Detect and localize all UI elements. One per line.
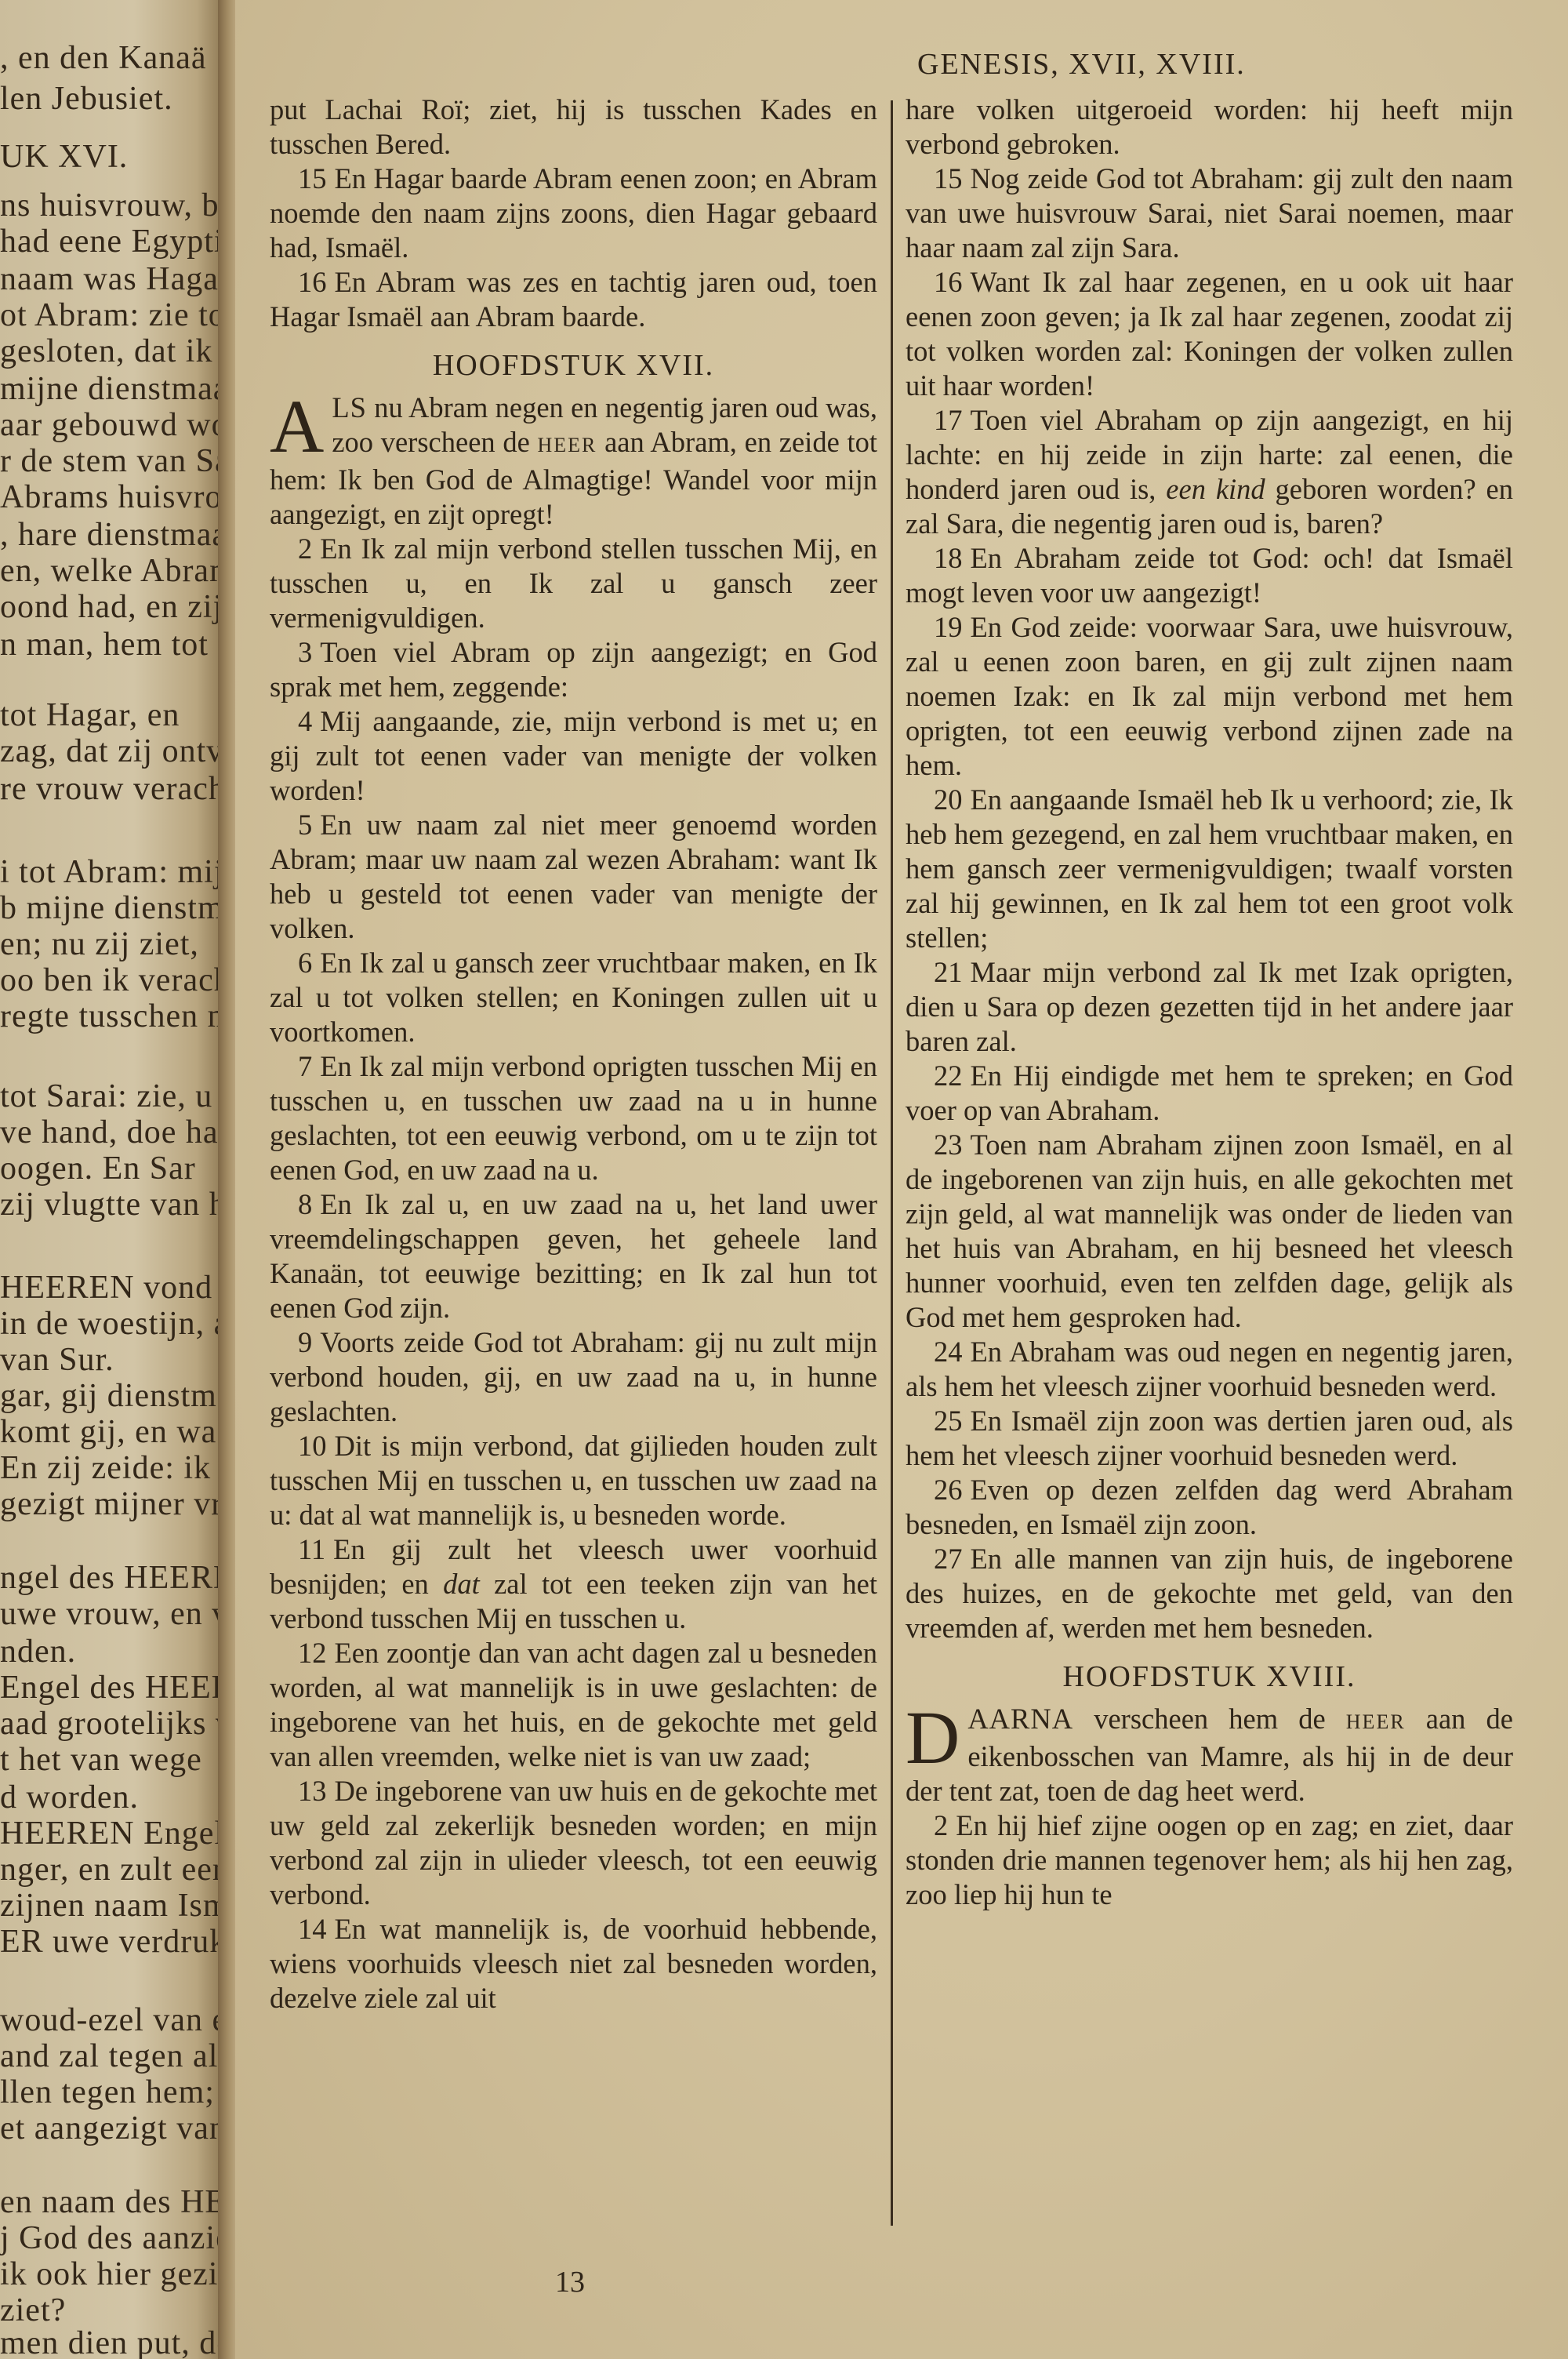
verse-number: 19 [934, 611, 963, 643]
verse-number: 22 [934, 1060, 963, 1092]
verse-number: 14 [298, 1913, 327, 1945]
left-page-line: aad grootelijks ve [0, 1707, 223, 1741]
verse: 8En Ik zal u, en uw zaad na u, het land … [270, 1187, 877, 1325]
left-page-line: r de stem van Sa [0, 444, 223, 478]
verse-text: En Ik zal u, en uw zaad na u, het land u… [270, 1188, 877, 1324]
verse-number: 12 [298, 1637, 327, 1669]
continuation-text: hare volken uitgeroeid worden: hij heeft… [906, 93, 1513, 162]
left-page-line: men dien put, de [0, 2326, 223, 2359]
verse-text: En wat mannelijk is, de voorhuid hebbend… [270, 1913, 877, 2014]
left-page-line: Engel des HEERE [0, 1670, 223, 1705]
left-page-line: ot Abram: zie to [0, 298, 223, 333]
verse: 25En Ismaël zijn zoon was dertien jaren … [906, 1404, 1513, 1473]
verse-number: 18 [934, 542, 963, 574]
verse: 18En Abraham zeide tot God: och! dat Ism… [906, 541, 1513, 610]
verse: 27En alle mannen van zijn huis, de ingeb… [906, 1542, 1513, 1645]
verse-number: 2 [298, 533, 312, 565]
left-page-line: ik ook hier gezi [0, 2257, 218, 2292]
left-page-line: j God des aanzien [0, 2221, 223, 2255]
verse-text: En hij hief zijne oogen op en zag; en zi… [906, 1809, 1513, 1910]
verse: 10Dit is mijn verbond, dat gijlieden hou… [270, 1429, 877, 1532]
verse-text: Even op dezen zelfden dag werd Abraham b… [906, 1474, 1513, 1540]
left-page-line: ziet? [0, 2293, 66, 2328]
verse: 5En uw naam zal niet meer genoemd worden… [270, 808, 877, 946]
chapter-opening: DAARNA verscheen hem de HEER aan de eike… [906, 1702, 1513, 1808]
verse-text: En Ik zal mijn verbond oprigten tusschen… [270, 1050, 877, 1186]
left-page-line: zij vlugtte van ha [0, 1187, 223, 1222]
verse: 24En Abraham was oud negen en negentig j… [906, 1335, 1513, 1404]
verse-number: 15 [298, 162, 327, 194]
left-page-line: i tot Abram: mij [0, 855, 223, 889]
verse-list: 2En hij hief zijne oogen op en zag; en z… [906, 1808, 1513, 1912]
verse-text: Toen viel Abram op zijn aangezigt; en Go… [270, 636, 877, 703]
verse-list: 2En Ik zal mijn verbond stellen tusschen… [270, 532, 877, 2016]
verse-text: Want Ik zal haar zegenen, en u ook uit h… [906, 266, 1513, 402]
verse: 11En gij zult het vleesch uwer voorhuid … [270, 1532, 877, 1636]
verse-number: 10 [298, 1430, 327, 1462]
left-page-line: aar gebouwd word [0, 408, 223, 442]
verse: 7En Ik zal mijn verbond oprigten tussche… [270, 1049, 877, 1187]
book-spread: , en den Kanaälen Jebusiet.UK XVI.ns hui… [0, 0, 1568, 2359]
verse-text: Een zoontje dan van acht dagen zal u bes… [270, 1637, 877, 1772]
left-page-line: re vrouw veracht [0, 772, 223, 806]
verse-text: En alle mannen van zijn huis, de ingebor… [906, 1543, 1513, 1644]
italic-text: dat [443, 1568, 480, 1600]
verse-number: 17 [934, 404, 963, 436]
verse-text: En Ismaël zijn zoon was dertien jaren ou… [906, 1405, 1513, 1471]
verse: 16En Abram was zes en tachtig jaren oud,… [270, 265, 877, 334]
verse: 14En wat mannelijk is, de voorhuid hebbe… [270, 1912, 877, 2016]
left-page-line: gesloten, dat ik [0, 334, 212, 369]
text-column-left: put Lachai Roï; ziet, hij is tusschen Ka… [270, 93, 877, 2016]
left-page-line: nden. [0, 1634, 76, 1669]
chapter-heading: HOOFDSTUK XVII. [270, 348, 877, 383]
verse-number: 4 [298, 705, 312, 737]
verse: 12Een zoontje dan van acht dagen zal u b… [270, 1636, 877, 1774]
left-page-line: uwe vrouw, en ve [0, 1597, 223, 1631]
left-page-line: gar, gij dienstmaa [0, 1379, 223, 1413]
verse-number: 16 [298, 266, 327, 298]
verse-number: 23 [934, 1129, 963, 1161]
verse-text: En Hij eindigde met hem te spreken; en G… [906, 1060, 1513, 1126]
verse-text: En God zeide: voorwaar Sara, uwe huisvro… [906, 611, 1513, 781]
left-page-line: en, welke Abram [0, 554, 223, 588]
left-page-line: ve hand, doe haa [0, 1115, 223, 1150]
verse-text: Maar mijn verbond zal Ik met Izak oprigt… [906, 956, 1513, 1057]
left-page-line: en naam des HEERE [0, 2185, 223, 2219]
left-page-line: regte tusschen m [0, 999, 223, 1034]
left-page-line: et aangezigt van [0, 2111, 223, 2146]
continuation-text: put Lachai Roï; ziet, hij is tusschen Ka… [270, 93, 877, 162]
left-page-line: ER uwe verdrukkin [0, 1925, 223, 1959]
left-page-line: HEEREN Engel t [0, 1816, 223, 1851]
left-page-line: , hare dienstmaa [0, 518, 223, 552]
verse-text: Toen nam Abraham zijnen zoon Ismaël, en … [906, 1129, 1513, 1333]
facing-left-page-fragment: , en den Kanaälen Jebusiet.UK XVI.ns hui… [0, 0, 223, 2359]
left-page-line: b mijne dienstmaa [0, 891, 223, 925]
drop-cap: D [906, 1707, 960, 1769]
left-page-line: van Sur. [0, 1343, 114, 1377]
verse-number: 16 [934, 266, 963, 298]
left-page-line: in de woestijn, a [0, 1307, 223, 1341]
left-page-line: tot Sarai: zie, u [0, 1079, 212, 1114]
verse-list: 15Nog zeide God tot Abraham: gij zult de… [906, 162, 1513, 1645]
left-page-line: , en den Kanaä [0, 41, 207, 75]
left-page-line: t het van wege [0, 1743, 202, 1777]
chapter-heading: HOOFDSTUK XVIII. [906, 1659, 1513, 1694]
left-page-line: n man, hem tot ee [0, 627, 223, 662]
left-page-line: ngel des HEEREN t [0, 1561, 223, 1595]
left-page-line: woud-ezel van ee [0, 2003, 223, 2037]
verse: 15Nog zeide God tot Abraham: gij zult de… [906, 162, 1513, 265]
verse: 15En Hagar baarde Abram eenen zoon; en A… [270, 162, 877, 265]
verse-number: 15 [934, 162, 963, 194]
verse: 20En aangaande Ismaël heb Ik u verhoord;… [906, 783, 1513, 955]
verse: 3Toen viel Abram op zijn aangezigt; en G… [270, 635, 877, 704]
verse-text: En Abraham zeide tot God: och! dat Ismaë… [906, 542, 1513, 609]
italic-text: een kind [1166, 473, 1265, 505]
verse: 2En Ik zal mijn verbond stellen tusschen… [270, 532, 877, 635]
verse-text: Nog zeide God tot Abraham: gij zult den … [906, 162, 1513, 264]
page-number: 13 [555, 2265, 585, 2299]
verse-text: Voorts zeide God tot Abraham: gij nu zul… [270, 1326, 877, 1427]
verse: 2En hij hief zijne oogen op en zag; en z… [906, 1808, 1513, 1912]
verse: 26Even op dezen zelfden dag werd Abraham… [906, 1473, 1513, 1542]
left-page-line: en; nu zij ziet, [0, 927, 199, 961]
verse-number: 6 [298, 947, 312, 979]
verse: 6En Ik zal u gansch zeer vruchtbaar make… [270, 946, 877, 1049]
right-page: GENESIS, XVII, XVIII. put Lachai Roï; zi… [235, 0, 1568, 2359]
column-divider-rule [891, 100, 893, 2226]
verse: 21Maar mijn verbond zal Ik met Izak opri… [906, 955, 1513, 1059]
verse: 4Mij aangaande, zie, mijn verbond is met… [270, 704, 877, 808]
verse: 22En Hij eindigde met hem te spreken; en… [906, 1059, 1513, 1128]
verse-text: En Abraham was oud negen en negentig jar… [906, 1336, 1513, 1402]
small-caps-heer: HEER [538, 434, 597, 456]
left-page-line: gezigt mijner vrou [0, 1487, 223, 1521]
drop-cap: A [270, 395, 324, 458]
chapter-opening: ALS nu Abram negen en negentig jaren oud… [270, 391, 877, 532]
verse-text: Dit is mijn verbond, dat gijlieden houde… [270, 1430, 877, 1531]
verse-number: 7 [298, 1050, 312, 1082]
left-page-line: oogen. En Sar [0, 1151, 196, 1186]
verse-text: En aangaande Ismaël heb Ik u verhoord; z… [906, 783, 1513, 954]
left-page-line: HEEREN vond ha [0, 1270, 223, 1305]
running-head: GENESIS, XVII, XVIII. [917, 47, 1246, 82]
left-page-line: llen tegen hem; e [0, 2075, 223, 2110]
verse-number: 26 [934, 1474, 963, 1506]
verse: 17Toen viel Abraham op zijn aangezigt, e… [906, 403, 1513, 541]
left-page-line: nger, en zult eene [0, 1852, 223, 1887]
verse: 19En God zeide: voorwaar Sara, uwe huisv… [906, 610, 1513, 783]
verse-number: 27 [934, 1543, 963, 1575]
left-page-line: komt gij, en wa [0, 1415, 216, 1449]
verse-text: En uw naam zal niet meer genoemd worden … [270, 809, 877, 944]
left-page-line: ns huisvrouw, baa [0, 188, 223, 223]
small-caps-heer: HEER [1346, 1710, 1406, 1733]
verse-number: 13 [298, 1775, 327, 1807]
verse-text: En Ik zal mijn verbond stellen tusschen … [270, 533, 877, 634]
verse-text: De ingeborene van uw huis en de gekochte… [270, 1775, 877, 1910]
left-page-line: zag, dat zij ontva [0, 734, 223, 769]
verse-text: Mij aangaande, zie, mijn verbond is met … [270, 705, 877, 806]
verse-number: 3 [298, 636, 312, 668]
text-column-right: hare volken uitgeroeid worden: hij heeft… [906, 93, 1513, 1912]
verse: 9Voorts zeide God tot Abraham: gij nu zu… [270, 1325, 877, 1429]
left-page-line: En zij zeide: ik be [0, 1451, 223, 1485]
left-page-line: oond had, en zij [0, 590, 223, 624]
left-page-line: mijne dienstmaa [0, 372, 223, 406]
left-page-line: len Jebusiet. [0, 82, 173, 116]
verse-number: 8 [298, 1188, 312, 1220]
left-page-line: zijnen naam Isma [0, 1888, 223, 1923]
verse: 16Want Ik zal haar zegenen, en u ook uit… [906, 265, 1513, 403]
verse-number: 24 [934, 1336, 963, 1368]
verse-number: 5 [298, 809, 312, 841]
verse-number: 11 [298, 1533, 325, 1565]
left-page-line: Abrams huisvrou [0, 480, 223, 514]
verse: 23Toen nam Abraham zijnen zoon Ismaël, e… [906, 1128, 1513, 1335]
left-page-line: had eene Egyptis [0, 224, 223, 259]
verse-number: 25 [934, 1405, 963, 1437]
left-page-line: oo ben ik veracht [0, 963, 223, 998]
verse: 13De ingeborene van uw huis en de gekoch… [270, 1774, 877, 1912]
left-page-line: tot Hagar, en [0, 698, 180, 732]
verse-number: 9 [298, 1326, 312, 1358]
left-page-line: UK XVI. [0, 140, 128, 174]
left-page-line: d worden. [0, 1780, 139, 1815]
verse-number: 21 [934, 956, 963, 988]
verse-number: 20 [934, 783, 963, 816]
verse-number: 2 [934, 1809, 948, 1841]
left-page-line: naam was Hagar. [0, 262, 223, 296]
left-page-line: and zal tegen alle [0, 2039, 223, 2074]
verse-text: En Ik zal u gansch zeer vruchtbaar maken… [270, 947, 877, 1048]
